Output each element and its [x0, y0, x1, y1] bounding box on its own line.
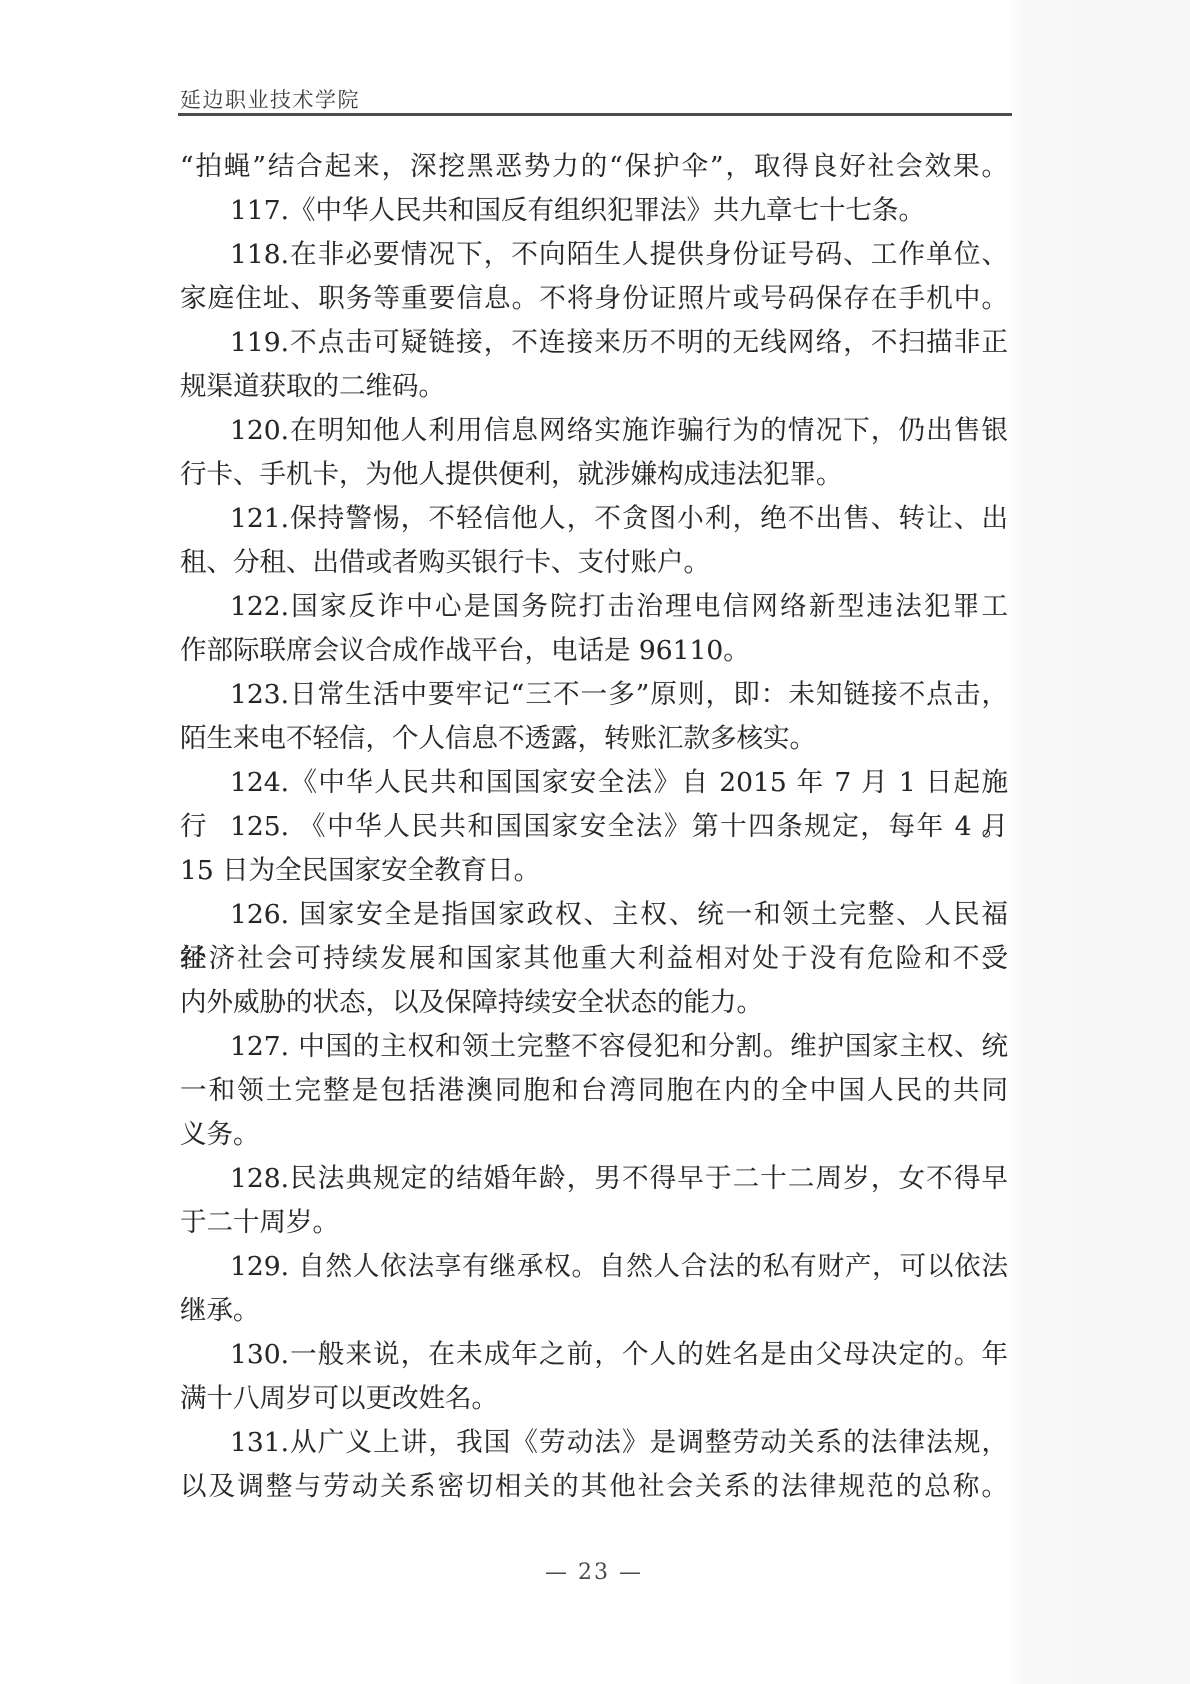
- text-line: 123.日常生活中要牢记“三不一多”原则，即：未知链接不点击，: [180, 673, 1008, 717]
- text-line: 126. 国家安全是指国家政权、主权、统一和领土完整、人民福祉、: [180, 893, 1008, 937]
- text-line: 130.一般来说，在未成年之前，个人的姓名是由父母决定的。年: [180, 1333, 1008, 1377]
- text-line: 满十八周岁可以更改姓名。: [180, 1377, 1008, 1421]
- header-rule: [178, 113, 1012, 116]
- text-line: 内外威胁的状态，以及保障持续安全状态的能力。: [180, 981, 1008, 1025]
- text-line: 124.《中华人民共和国国家安全法》自 2015 年 7 月 1 日起施行。: [180, 761, 1008, 805]
- text-line: “拍蝇”结合起来，深挖黑恶势力的“保护伞”，取得良好社会效果。: [180, 145, 1008, 189]
- text-line: 行卡、手机卡，为他人提供便利，就涉嫌构成违法犯罪。: [180, 453, 1008, 497]
- text-line: 陌生来电不轻信，个人信息不透露，转账汇款多核实。: [180, 717, 1008, 761]
- text-line: 129. 自然人依法享有继承权。自然人合法的私有财产，可以依法: [180, 1245, 1008, 1289]
- text-line: 以及调整与劳动关系密切相关的其他社会关系的法律规范的总称。: [180, 1465, 1008, 1509]
- text-line: 127. 中国的主权和领土完整不容侵犯和分割。维护国家主权、统: [180, 1025, 1008, 1069]
- text-line: 租、分租、出借或者购买银行卡、支付账户。: [180, 541, 1008, 585]
- text-line: 125. 《中华人民共和国国家安全法》第十四条规定，每年 4 月: [180, 805, 1008, 849]
- scan-edge-shading: [1008, 0, 1190, 1684]
- text-line: 义务。: [180, 1113, 1008, 1157]
- text-line: 122.国家反诈中心是国务院打击治理电信网络新型违法犯罪工: [180, 585, 1008, 629]
- text-line: 作部际联席会议合成作战平台，电话是 96110。: [180, 629, 1008, 673]
- document-body: “拍蝇”结合起来，深挖黑恶势力的“保护伞”，取得良好社会效果。117.《中华人民…: [180, 145, 1008, 1509]
- text-line: 131.从广义上讲，我国《劳动法》是调整劳动关系的法律法规，: [180, 1421, 1008, 1465]
- document-page: 延边职业技术学院 “拍蝇”结合起来，深挖黑恶势力的“保护伞”，取得良好社会效果。…: [0, 0, 1190, 1684]
- text-line: 120.在明知他人利用信息网络实施诈骗行为的情况下，仍出售银: [180, 409, 1008, 453]
- text-line: 一和领土完整是包括港澳同胞和台湾同胞在内的全中国人民的共同: [180, 1069, 1008, 1113]
- text-line: 119.不点击可疑链接，不连接来历不明的无线网络，不扫描非正: [180, 321, 1008, 365]
- text-line: 117.《中华人民共和国反有组织犯罪法》共九章七十七条。: [180, 189, 1008, 233]
- text-line: 家庭住址、职务等重要信息。不将身份证照片或号码保存在手机中。: [180, 277, 1008, 321]
- text-line: 于二十周岁。: [180, 1201, 1008, 1245]
- text-line: 15 日为全民国家安全教育日。: [180, 849, 1008, 893]
- school-name: 延边职业技术学院: [180, 84, 360, 114]
- text-line: 继承。: [180, 1289, 1008, 1333]
- page-number: — 23 —: [180, 1560, 1008, 1585]
- text-line: 128.民法典规定的结婚年龄，男不得早于二十二周岁，女不得早: [180, 1157, 1008, 1201]
- text-line: 118.在非必要情况下，不向陌生人提供身份证号码、工作单位、: [180, 233, 1008, 277]
- text-line: 规渠道获取的二维码。: [180, 365, 1008, 409]
- text-line: 121.保持警惕，不轻信他人，不贪图小利，绝不出售、转让、出: [180, 497, 1008, 541]
- text-line: 经济社会可持续发展和国家其他重大利益相对处于没有危险和不受: [180, 937, 1008, 981]
